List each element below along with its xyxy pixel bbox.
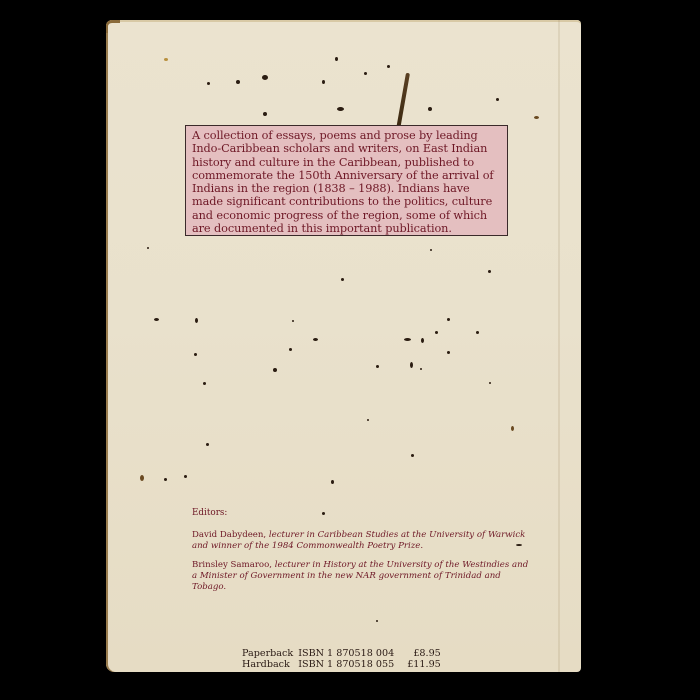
speck: [273, 368, 277, 372]
speck: [496, 98, 499, 101]
worn-corner: [106, 20, 120, 33]
speck: [488, 270, 491, 273]
editor-name: David Dabydeen,: [192, 530, 266, 540]
spine-fold: [558, 20, 560, 672]
speck: [404, 338, 411, 341]
speck: [147, 247, 149, 249]
edition-format: Hardback: [242, 659, 298, 670]
speck: [420, 368, 422, 370]
speck: [337, 107, 344, 111]
speck: [341, 278, 344, 281]
blurb-text: A collection of essays, poems and prose …: [192, 129, 503, 235]
speck: [207, 82, 210, 85]
speck: [164, 58, 168, 61]
speck: [140, 475, 144, 481]
speck: [411, 454, 414, 457]
editor-name: Brinsley Samaroo,: [192, 560, 272, 570]
speck: [376, 620, 378, 622]
speck: [447, 318, 450, 321]
edition-row: Hardback ISBN 1 870518 055 £11.95: [242, 659, 446, 670]
speck: [364, 72, 367, 75]
edition-isbn: ISBN 1 870518 055: [298, 659, 399, 670]
speck: [430, 249, 432, 251]
speck: [322, 80, 325, 84]
speck: [195, 318, 198, 323]
edition-row: Paperback ISBN 1 870518 004 £8.95: [242, 648, 446, 659]
speck: [511, 426, 514, 431]
speck: [292, 320, 294, 322]
speck: [534, 116, 539, 119]
speck: [164, 478, 167, 481]
speck: [367, 419, 369, 421]
edition-price: £8.95: [399, 648, 446, 659]
speck: [203, 382, 206, 385]
editors-label: Editors:: [192, 508, 532, 518]
speck: [206, 443, 209, 446]
speck: [331, 480, 334, 484]
speck: [263, 112, 267, 116]
edition-price: £11.95: [399, 659, 446, 670]
edition-format: Paperback: [242, 648, 298, 659]
speck: [435, 331, 438, 334]
speck: [476, 331, 479, 334]
speck: [236, 80, 240, 84]
editors-section: Editors: David Dabydeen, lecturer in Car…: [192, 508, 532, 601]
stain-streak: [396, 73, 410, 131]
blurb-box: A collection of essays, poems and prose …: [185, 125, 508, 236]
speck: [376, 365, 379, 368]
book-back-cover: A collection of essays, poems and prose …: [106, 20, 581, 672]
speck: [154, 318, 159, 321]
editor-entry: Brinsley Samaroo, lecturer in History at…: [192, 560, 532, 593]
speck: [428, 107, 432, 111]
speck: [262, 75, 268, 80]
photo-stage: A collection of essays, poems and prose …: [0, 0, 700, 700]
editor-entry: David Dabydeen, lecturer in Caribbean St…: [192, 530, 532, 552]
speck: [184, 475, 187, 478]
speck: [194, 353, 197, 356]
speck: [489, 382, 491, 384]
speck: [387, 65, 390, 68]
speck: [447, 351, 450, 354]
edition-isbn: ISBN 1 870518 004: [298, 648, 399, 659]
speck: [335, 57, 338, 61]
isbn-price-table: Paperback ISBN 1 870518 004 £8.95 Hardba…: [242, 648, 446, 670]
speck: [313, 338, 318, 341]
speck: [289, 348, 292, 351]
speck: [410, 362, 413, 368]
speck: [421, 338, 424, 343]
